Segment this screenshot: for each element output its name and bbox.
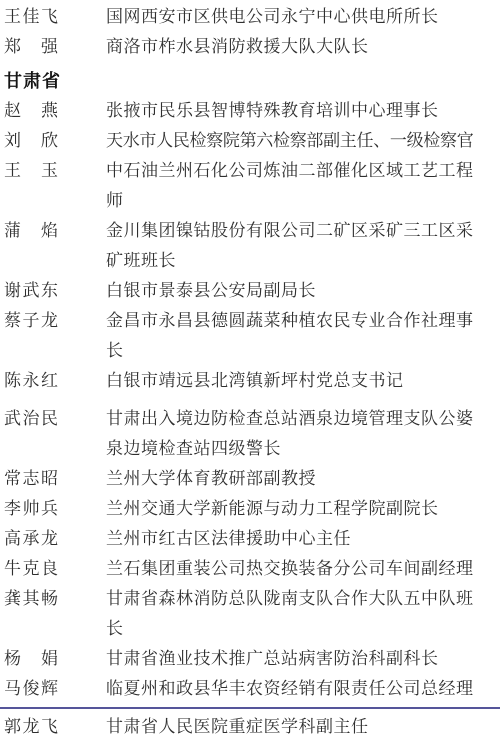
list-item: 牛克良 兰石集团重装公司热交换装备分公司车间副经理 bbox=[0, 554, 500, 584]
person-title: 甘肃省森林消防总队陇南支队合作大队五中队班长 bbox=[106, 584, 476, 644]
list-item: 马俊辉 临夏州和政县华丰农资经销有限责任公司总经理 bbox=[0, 674, 500, 704]
person-title: 兰州大学体育教研部副教授 bbox=[106, 464, 476, 494]
person-name: 常志昭 bbox=[0, 464, 106, 494]
list-item: 高承龙 兰州市红古区法律援助中心主任 bbox=[0, 524, 500, 554]
person-name: 郑 强 bbox=[0, 32, 106, 62]
list-item: 李帅兵 兰州交通大学新能源与动力工程学院副院长 bbox=[0, 494, 500, 524]
person-name: 高承龙 bbox=[0, 524, 106, 554]
person-name: 武治民 bbox=[0, 404, 106, 434]
person-title: 兰石集团重装公司热交换装备分公司车间副经理 bbox=[106, 554, 476, 584]
person-title: 金川集团镍钴股份有限公司二矿区采矿三工区采矿班班长 bbox=[106, 216, 476, 276]
list-item: 王佳飞 国网西安市区供电公司永宁中心供电所所长 bbox=[0, 2, 500, 32]
person-name: 牛克良 bbox=[0, 554, 106, 584]
person-name: 龚其畅 bbox=[0, 584, 106, 614]
person-name: 李帅兵 bbox=[0, 494, 106, 524]
person-title: 国网西安市区供电公司永宁中心供电所所长 bbox=[106, 2, 476, 32]
person-name: 谢武东 bbox=[0, 276, 106, 306]
person-title: 天水市人民检察院第六检察部副主任、一级检察官 bbox=[106, 126, 476, 156]
list-item: 郭龙飞 甘肃省人民医院重症医学科副主任 bbox=[0, 712, 500, 738]
list-item: 王 玉 中石油兰州石化公司炼油二部催化区域工艺工程师 bbox=[0, 156, 500, 216]
person-name: 蒲 焰 bbox=[0, 216, 106, 246]
person-title: 商洛市柞水县消防救援大队大队长 bbox=[106, 32, 476, 62]
list-item: 蒲 焰 金川集团镍钴股份有限公司二矿区采矿三工区采矿班班长 bbox=[0, 216, 500, 276]
person-title: 甘肃出入境边防检查总站酒泉边境管理支队公婆泉边境检查站四级警长 bbox=[106, 404, 476, 464]
list-item: 谢武东 白银市景泰县公安局副局长 bbox=[0, 276, 500, 306]
list-item: 郑 强 商洛市柞水县消防救援大队大队长 bbox=[0, 32, 500, 62]
section-header-gansu: 甘肃省 bbox=[0, 66, 500, 96]
person-title: 兰州交通大学新能源与动力工程学院副院长 bbox=[106, 494, 476, 524]
person-name: 马俊辉 bbox=[0, 674, 106, 704]
person-name: 蔡子龙 bbox=[0, 306, 106, 336]
person-name: 刘 欣 bbox=[0, 126, 106, 156]
person-title: 白银市景泰县公安局副局长 bbox=[106, 276, 476, 306]
list-item: 刘 欣 天水市人民检察院第六检察部副主任、一级检察官 bbox=[0, 126, 500, 156]
list-item: 龚其畅 甘肃省森林消防总队陇南支队合作大队五中队班长 bbox=[0, 584, 500, 644]
person-title: 白银市靖远县北湾镇新坪村党总支书记 bbox=[106, 366, 476, 396]
list-item: 赵 燕 张掖市民乐县智博特殊教育培训中心理事长 bbox=[0, 96, 500, 126]
person-title: 甘肃省渔业技术推广总站病害防治科副科长 bbox=[106, 644, 476, 674]
person-name: 赵 燕 bbox=[0, 96, 106, 126]
person-title: 张掖市民乐县智博特殊教育培训中心理事长 bbox=[106, 96, 476, 126]
person-name: 郭龙飞 bbox=[0, 712, 106, 738]
person-title: 临夏州和政县华丰农资经销有限责任公司总经理 bbox=[106, 674, 476, 704]
list-item: 常志昭 兰州大学体育教研部副教授 bbox=[0, 464, 500, 494]
person-title: 金昌市永昌县德圆蔬菜种植农民专业合作社理事长 bbox=[106, 306, 476, 366]
person-title: 兰州市红古区法律援助中心主任 bbox=[106, 524, 476, 554]
person-title: 甘肃省人民医院重症医学科副主任 bbox=[106, 712, 476, 738]
list-item: 蔡子龙 金昌市永昌县德圆蔬菜种植农民专业合作社理事长 bbox=[0, 306, 500, 366]
list-item: 武治民 甘肃出入境边防检查总站酒泉边境管理支队公婆泉边境检查站四级警长 bbox=[0, 404, 500, 464]
page-break-divider bbox=[0, 707, 500, 709]
person-name: 王 玉 bbox=[0, 156, 106, 186]
person-name: 陈永红 bbox=[0, 366, 106, 396]
list-item: 陈永红 白银市靖远县北湾镇新坪村党总支书记 bbox=[0, 366, 500, 396]
list-item: 杨 娟 甘肃省渔业技术推广总站病害防治科副科长 bbox=[0, 644, 500, 674]
person-title: 中石油兰州石化公司炼油二部催化区域工艺工程师 bbox=[106, 156, 476, 216]
document-page: 王佳飞 国网西安市区供电公司永宁中心供电所所长 郑 强 商洛市柞水县消防救援大队… bbox=[0, 0, 500, 738]
person-name: 杨 娟 bbox=[0, 644, 106, 674]
person-name: 王佳飞 bbox=[0, 2, 106, 32]
